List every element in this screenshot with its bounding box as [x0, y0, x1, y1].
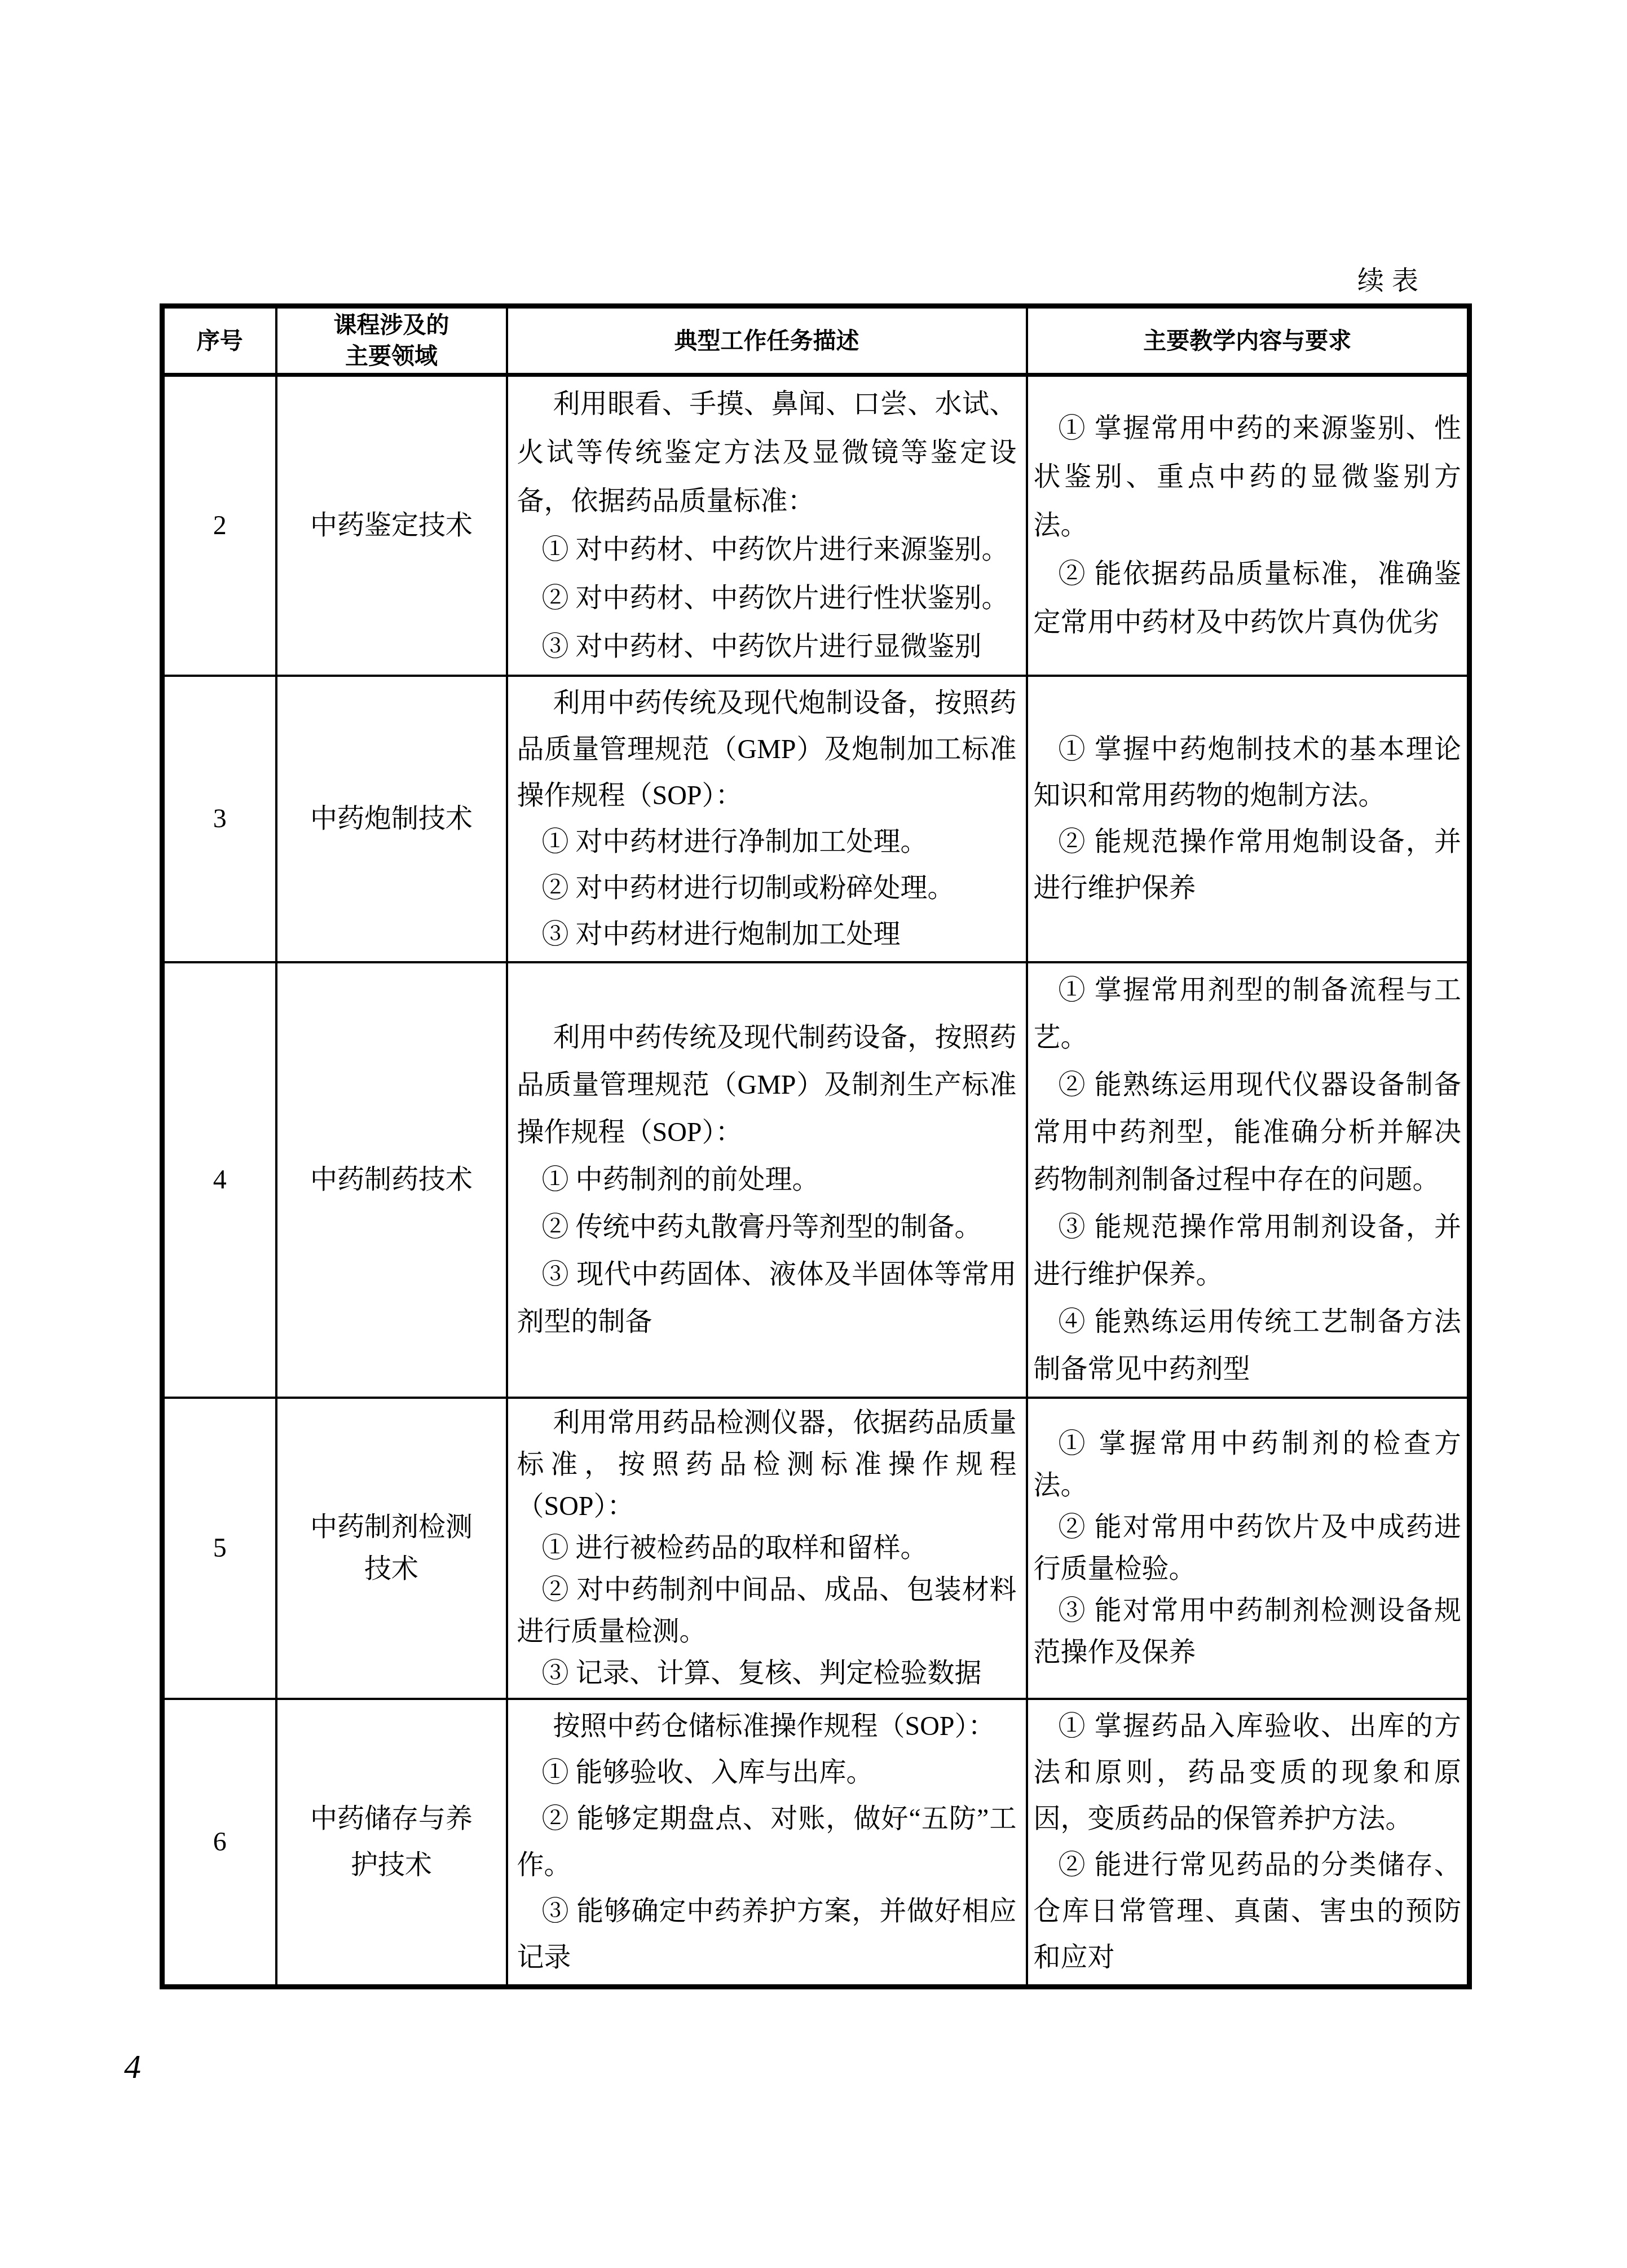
- teaching-content-cell: ① 掌握常用中药制剂的检查方法。② 能对常用中药饮片及中成药进行质量检验。③ 能…: [1027, 1398, 1470, 1699]
- content-item: ④ 能熟练运用传统工艺制备方法制备常见中药剂型: [1034, 1298, 1462, 1393]
- content-item: ① 掌握常用剂型的制备流程与工艺。: [1034, 967, 1462, 1062]
- content-item: ① 掌握常用中药制剂的检查方法。: [1034, 1423, 1462, 1507]
- task-description-cell: 利用中药传统及现代炮制设备，按照药品质量管理规范（GMP）及炮制加工标准操作规程…: [507, 676, 1027, 962]
- task-item: ③ 能够确定中药养护方案，并做好相应记录: [517, 1888, 1017, 1981]
- task-item: ① 中药制剂的前处理。: [517, 1156, 1017, 1204]
- task-description-cell: 利用中药传统及现代制药设备，按照药品质量管理规范（GMP）及制剂生产标准操作规程…: [507, 962, 1027, 1398]
- task-intro: 利用常用药品检测仪器，依据药品质量标准，按照药品检测标准操作规程（SOP）：: [517, 1402, 1017, 1527]
- column-header-tasks: 典型工作任务描述: [507, 306, 1027, 375]
- task-item: ① 能够验收、入库与出库。: [517, 1750, 1017, 1796]
- task-intro: 利用中药传统及现代制药设备，按照药品质量管理规范（GMP）及制剂生产标准操作规程…: [517, 1014, 1017, 1156]
- content-item: ③ 能规范操作常用制剂设备，并进行维护保养。: [1034, 1204, 1462, 1298]
- course-area-cell: 中药鉴定技术: [276, 375, 507, 676]
- row-number-cell: 2: [162, 375, 276, 676]
- teaching-content-cell: ① 掌握中药炮制技术的基本理论知识和常用药物的炮制方法。② 能规范操作常用炮制设…: [1027, 676, 1470, 962]
- task-item: ② 对中药材、中药饮片进行性状鉴别。: [517, 574, 1017, 623]
- page-number: 4: [124, 2047, 141, 2086]
- content-item: ③ 能对常用中药制剂检测设备规范操作及保养: [1034, 1590, 1462, 1674]
- content-item: ② 能对常用中药饮片及中成药进行质量检验。: [1034, 1507, 1462, 1590]
- table-row: 4 中药制药技术 利用中药传统及现代制药设备，按照药品质量管理规范（GMP）及制…: [162, 962, 1470, 1398]
- row-number-cell: 5: [162, 1398, 276, 1699]
- row-number-cell: 3: [162, 676, 276, 962]
- course-area-cell: 中药制药技术: [276, 962, 507, 1398]
- teaching-content-cell: ① 掌握常用剂型的制备流程与工艺。② 能熟练运用现代仪器设备制备常用中药剂型，能…: [1027, 962, 1470, 1398]
- task-description-cell: 利用常用药品检测仪器，依据药品质量标准，按照药品检测标准操作规程（SOP）：① …: [507, 1398, 1027, 1699]
- task-item: ① 进行被检药品的取样和留样。: [517, 1527, 1017, 1569]
- course-area-cell: 中药制剂检测 技术: [276, 1398, 507, 1699]
- task-item: ③ 记录、计算、复核、判定检验数据: [517, 1653, 1017, 1694]
- teaching-content-cell: ① 掌握常用中药的来源鉴别、性状鉴别、重点中药的显微鉴别方法。② 能依据药品质量…: [1027, 375, 1470, 676]
- table-row: 6 中药储存与养 护技术 按照中药仓储标准操作规程（SOP）：① 能够验收、入库…: [162, 1699, 1470, 1987]
- content-item: ② 能熟练运用现代仪器设备制备常用中药剂型，能准确分析并解决药物制剂制备过程中存…: [1034, 1062, 1462, 1204]
- header-row: 序号 课程涉及的 主要领域 典型工作任务描述 主要教学内容与要求: [162, 306, 1470, 375]
- course-area-cell: 中药储存与养 护技术: [276, 1699, 507, 1987]
- task-item: ① 对中药材、中药饮片进行来源鉴别。: [517, 526, 1017, 574]
- column-header-area: 课程涉及的 主要领域: [276, 306, 507, 375]
- task-intro: 利用眼看、手摸、鼻闻、口尝、水试、火试等传统鉴定方法及显微镜等鉴定设备，依据药品…: [517, 380, 1017, 526]
- content-item: ① 掌握药品入库验收、出库的方法和原则，药品变质的现象和原因，变质药品的保管养护…: [1034, 1703, 1462, 1842]
- task-intro: 按照中药仓储标准操作规程（SOP）：: [517, 1703, 1017, 1750]
- task-item: ② 对中药材进行切制或粉碎处理。: [517, 865, 1017, 911]
- table-row: 5 中药制剂检测 技术 利用常用药品检测仪器，依据药品质量标准，按照药品检测标准…: [162, 1398, 1470, 1699]
- content-item: ② 能依据药品质量标准，准确鉴定常用中药材及中药饮片真伪优劣: [1034, 550, 1462, 647]
- row-number-cell: 4: [162, 962, 276, 1398]
- content-item: ② 能进行常见药品的分类储存、仓库日常管理、真菌、害虫的预防和应对: [1034, 1842, 1462, 1981]
- continuation-label: 续表: [1357, 259, 1426, 297]
- task-item: ③ 现代中药固体、液体及半固体等常用剂型的制备: [517, 1251, 1017, 1346]
- task-item: ② 传统中药丸散膏丹等剂型的制备。: [517, 1204, 1017, 1251]
- task-description-cell: 按照中药仓储标准操作规程（SOP）：① 能够验收、入库与出库。② 能够定期盘点、…: [507, 1699, 1027, 1987]
- content-item: ② 能规范操作常用炮制设备，并进行维护保养: [1034, 819, 1462, 911]
- content-item: ① 掌握常用中药的来源鉴别、性状鉴别、重点中药的显微鉴别方法。: [1034, 404, 1462, 550]
- content-item: ① 掌握中药炮制技术的基本理论知识和常用药物的炮制方法。: [1034, 726, 1462, 819]
- course-area-cell: 中药炮制技术: [276, 676, 507, 962]
- task-item: ③ 对中药材进行炮制加工处理: [517, 911, 1017, 958]
- task-item: ① 对中药材进行净制加工处理。: [517, 819, 1017, 865]
- table-row: 3 中药炮制技术 利用中药传统及现代炮制设备，按照药品质量管理规范（GMP）及炮…: [162, 676, 1470, 962]
- table-row: 2 中药鉴定技术 利用眼看、手摸、鼻闻、口尝、水试、火试等传统鉴定方法及显微镜等…: [162, 375, 1470, 676]
- task-intro: 利用中药传统及现代炮制设备，按照药品质量管理规范（GMP）及炮制加工标准操作规程…: [517, 680, 1017, 819]
- row-number-cell: 6: [162, 1699, 276, 1987]
- column-header-no: 序号: [162, 306, 276, 375]
- task-item: ② 能够定期盘点、对账，做好“五防”工作。: [517, 1796, 1017, 1888]
- curriculum-table: 序号 课程涉及的 主要领域 典型工作任务描述 主要教学内容与要求 2 中药鉴定技…: [160, 303, 1472, 1989]
- task-item: ③ 对中药材、中药饮片进行显微鉴别: [517, 623, 1017, 671]
- task-description-cell: 利用眼看、手摸、鼻闻、口尝、水试、火试等传统鉴定方法及显微镜等鉴定设备，依据药品…: [507, 375, 1027, 676]
- teaching-content-cell: ① 掌握药品入库验收、出库的方法和原则，药品变质的现象和原因，变质药品的保管养护…: [1027, 1699, 1470, 1987]
- task-item: ② 对中药制剂中间品、成品、包装材料进行质量检测。: [517, 1569, 1017, 1653]
- document-page: { "page": { "continuation_label": "续表", …: [0, 0, 1627, 2268]
- column-header-contents: 主要教学内容与要求: [1027, 306, 1470, 375]
